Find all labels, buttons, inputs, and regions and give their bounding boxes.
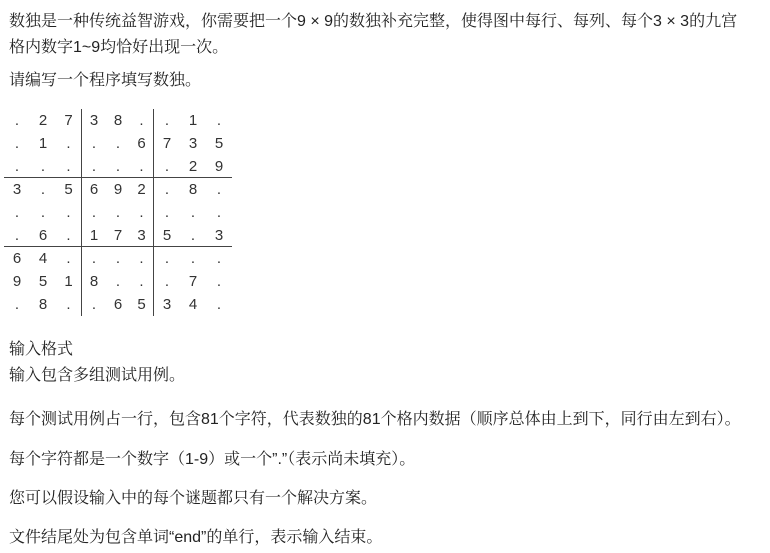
sudoku-cell: . <box>130 270 154 293</box>
sudoku-cell: . <box>130 155 154 178</box>
sudoku-cell: 4 <box>180 293 206 316</box>
sudoku-cell: . <box>82 247 106 270</box>
sudoku-cell: 6 <box>106 293 130 316</box>
sudoku-cell: 7 <box>106 224 130 247</box>
sudoku-cell: . <box>106 132 130 155</box>
sudoku-cell: 5 <box>30 270 56 293</box>
sudoku-cell: 6 <box>130 132 154 155</box>
sudoku-cell: . <box>56 224 82 247</box>
sudoku-cell: . <box>56 247 82 270</box>
sudoku-cell: . <box>82 293 106 316</box>
sudoku-cell: 3 <box>130 224 154 247</box>
sudoku-cell: . <box>130 247 154 270</box>
sudoku-cell: . <box>206 247 232 270</box>
sudoku-cell: 2 <box>180 155 206 178</box>
intro-line-1: 数独是一种传统益智游戏，你需要把一个9 × 9的数独补充完整，使得图中每行、每列… <box>9 13 737 30</box>
task-paragraph: 请编写一个程序填写数独。 <box>9 68 760 94</box>
sudoku-cell: . <box>180 247 206 270</box>
input-format-block: 输入格式输入包含多组测试用例。 <box>9 337 760 389</box>
sudoku-cell: . <box>56 201 82 224</box>
sudoku-cell: . <box>4 224 30 247</box>
sudoku-cell: . <box>56 293 82 316</box>
sudoku-cell: 7 <box>56 109 82 132</box>
sudoku-cell: 8 <box>82 270 106 293</box>
sudoku-cell: 7 <box>180 270 206 293</box>
sudoku-cell: . <box>106 247 130 270</box>
sudoku-cell: . <box>82 201 106 224</box>
sudoku-cell: 6 <box>30 224 56 247</box>
testcase-line-paragraph: 每个测试用例占一行，包含81个字符，代表数独的81个格内数据（顺序总体由上到下，… <box>9 407 760 433</box>
sudoku-cell: . <box>4 132 30 155</box>
sudoku-cell: . <box>56 155 82 178</box>
sudoku-cell: . <box>154 201 180 224</box>
sudoku-cell: . <box>206 201 232 224</box>
intro-paragraph: 数独是一种传统益智游戏，你需要把一个9 × 9的数独补充完整，使得图中每行、每列… <box>9 9 760 61</box>
sudoku-cell: 5 <box>130 293 154 316</box>
sudoku-cell: . <box>30 178 56 201</box>
sudoku-cell: 6 <box>4 247 30 270</box>
sudoku-cell: . <box>130 109 154 132</box>
sudoku-cell: . <box>206 293 232 316</box>
sudoku-cell: . <box>180 224 206 247</box>
sudoku-cell: 5 <box>56 178 82 201</box>
sudoku-cell: 7 <box>154 132 180 155</box>
sudoku-cell: . <box>4 109 30 132</box>
sudoku-cell: . <box>106 155 130 178</box>
problem-statement: 数独是一种传统益智游戏，你需要把一个9 × 9的数独补充完整，使得图中每行、每列… <box>9 9 760 551</box>
end-marker-paragraph: 文件结尾处为包含单词“end”的单行，表示输入结束。 <box>9 525 760 551</box>
sudoku-cell: . <box>4 155 30 178</box>
sudoku-cell: 3 <box>180 132 206 155</box>
sudoku-cell: . <box>56 132 82 155</box>
sudoku-cell: 9 <box>4 270 30 293</box>
sudoku-cell: 2 <box>130 178 154 201</box>
sudoku-cell: 5 <box>206 132 232 155</box>
sudoku-cell: 4 <box>30 247 56 270</box>
sudoku-cell: . <box>180 201 206 224</box>
sudoku-cell: . <box>30 155 56 178</box>
sudoku-cell: 1 <box>180 109 206 132</box>
sudoku-cell: 9 <box>206 155 232 178</box>
sudoku-cell: . <box>206 178 232 201</box>
sudoku-cell: 8 <box>30 293 56 316</box>
sudoku-cell: 5 <box>154 224 180 247</box>
sudoku-cell: . <box>4 201 30 224</box>
sudoku-cell: 3 <box>206 224 232 247</box>
sudoku-cell: . <box>154 178 180 201</box>
sudoku-cell: . <box>130 201 154 224</box>
sudoku-cell: . <box>206 109 232 132</box>
character-spec-paragraph: 每个字符都是一个数字（1-9）或一个”.”（表示尚未填充）。 <box>9 447 760 473</box>
sudoku-cell: 3 <box>4 178 30 201</box>
sudoku-cell: 3 <box>154 293 180 316</box>
sudoku-cell: 6 <box>82 178 106 201</box>
sudoku-cell: . <box>154 109 180 132</box>
sudoku-cell: . <box>154 270 180 293</box>
sudoku-cell: . <box>106 201 130 224</box>
sudoku-cell: . <box>154 247 180 270</box>
input-format-heading: 输入格式 <box>9 341 73 358</box>
sudoku-cell: . <box>154 155 180 178</box>
sudoku-cell: 8 <box>180 178 206 201</box>
sudoku-cell: 3 <box>82 109 106 132</box>
sudoku-cell: . <box>106 270 130 293</box>
sudoku-cell: . <box>82 132 106 155</box>
sudoku-grid: .2738..1..1...6735.......293.5692.8.....… <box>4 109 232 316</box>
sudoku-cell: . <box>30 201 56 224</box>
sudoku-cell: . <box>206 270 232 293</box>
sudoku-cell: . <box>4 293 30 316</box>
sudoku-cell: . <box>82 155 106 178</box>
unique-solution-paragraph: 您可以假设输入中的每个谜题都只有一个解决方案。 <box>9 486 760 512</box>
input-format-intro: 输入包含多组测试用例。 <box>9 367 185 384</box>
sudoku-cell: 1 <box>82 224 106 247</box>
sudoku-cell: 1 <box>56 270 82 293</box>
sudoku-cell: 1 <box>30 132 56 155</box>
intro-line-2: 格内数字1~9均恰好出现一次。 <box>9 39 228 56</box>
sudoku-cell: 9 <box>106 178 130 201</box>
sudoku-cell: 2 <box>30 109 56 132</box>
sudoku-cell: 8 <box>106 109 130 132</box>
